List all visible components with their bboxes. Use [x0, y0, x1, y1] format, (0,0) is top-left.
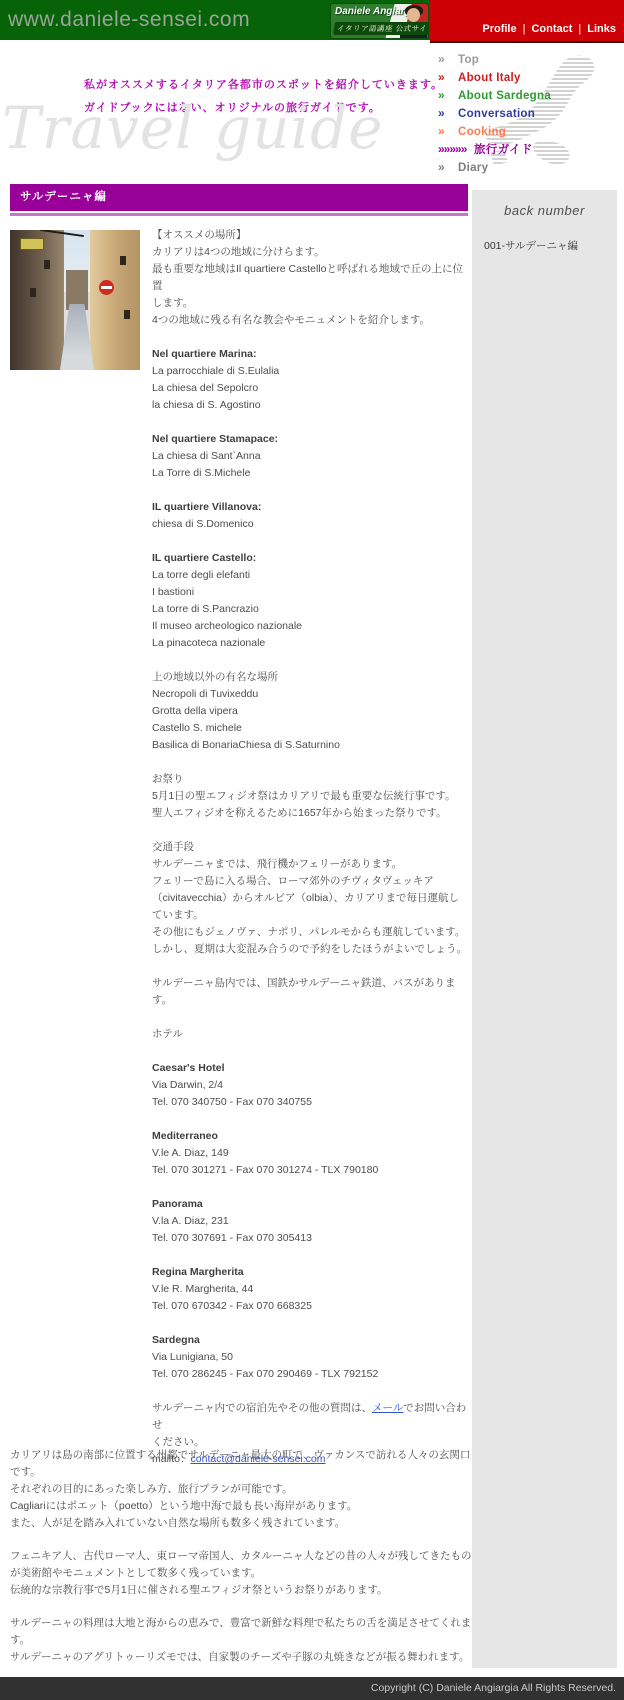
article-blocks: 【オススメの場所】 カリアリは4つの地域に分けらます。 最も重要な地域はIl q…	[152, 227, 472, 1383]
section-title-bar: サルデーニャ編	[10, 184, 468, 211]
link-separator: |	[523, 23, 526, 35]
block-text: chiesa di S.Domenico	[152, 516, 472, 533]
article-block: Nel quartiere Marina:La parrocchiale di …	[152, 346, 472, 414]
article-block: 交通手段 サルデーニャまでは、飛行機かフェリーがあります。 フェリーで島に入る場…	[152, 839, 472, 958]
back-number-item[interactable]: 001-サルデーニャ編	[484, 238, 617, 253]
article-block: サルデーニャ島内では、国鉄かサルデーニャ鉄道、バスがあります。	[152, 975, 472, 1009]
nav-label: 旅行ガイド	[474, 144, 533, 156]
nav-item-diary[interactable]: »Diary	[438, 158, 551, 176]
copyright-text: Copyright (C) Daniele Angiargia All Righ…	[371, 1682, 616, 1694]
nav-item-travel-guide[interactable]: »»»»»旅行ガイド	[438, 140, 551, 158]
block-heading: IL quartiere Castello:	[152, 550, 472, 567]
block-text: V.le A. Diaz, 149 Tel. 070 301271 - Fax …	[152, 1145, 472, 1179]
no-entry-sign-icon	[99, 280, 114, 295]
nav-label: About Sardegna	[458, 90, 551, 102]
block-text: La chiesa di Sant`Anna La Torre di S.Mic…	[152, 448, 472, 482]
block-text: La torre degli elefanti I bastioni La to…	[152, 567, 472, 652]
nav-item-about-sardegna[interactable]: »About Sardegna	[438, 86, 551, 104]
block-text: お祭り 5月1日の聖エフィジオ祭はカリアリで最も重要な伝統行事です。 聖人エフィ…	[152, 771, 472, 822]
contact-text-pre: サルデーニャ内での宿泊先やその他の質問は、	[152, 1402, 372, 1414]
link-separator: |	[578, 23, 581, 35]
nav-label: Cooking	[458, 126, 506, 138]
photo-window	[44, 260, 50, 269]
chevron-icon: »	[438, 104, 458, 122]
block-heading: Nel quartiere Stamapace:	[152, 431, 472, 448]
article-block: Regina MargheritaV.le R. Margherita, 44 …	[152, 1264, 472, 1315]
nav-item-about-italy[interactable]: »About Italy	[438, 68, 551, 86]
block-heading: Mediterraneo	[152, 1128, 472, 1145]
block-text: V.le R. Margherita, 44 Tel. 070 670342 -…	[152, 1281, 472, 1315]
block-text: V.la A. Diaz, 231 Tel. 070 307691 - Fax …	[152, 1213, 472, 1247]
photo-hanging-sign	[20, 238, 44, 250]
block-heading: Nel quartiere Marina:	[152, 346, 472, 363]
chevron-icon: »	[438, 122, 458, 140]
block-text: ホテル	[152, 1026, 472, 1043]
article-column: 【オススメの場所】 カリアリは4つの地域に分けらます。 最も重要な地域はIl q…	[152, 227, 472, 1485]
nav-label: About Italy	[458, 72, 521, 84]
header-links: Profile|Contact|Links	[482, 23, 616, 35]
nav-item-cooking[interactable]: »Cooking	[438, 122, 551, 140]
article-block: MediterraneoV.le A. Diaz, 149 Tel. 070 3…	[152, 1128, 472, 1179]
block-text: 上の地域以外の有名な場所 Necropoli di Tuvixeddu Grot…	[152, 669, 472, 754]
block-heading: Caesar's Hotel	[152, 1060, 472, 1077]
article-block: Nel quartiere Stamapace:La chiesa di San…	[152, 431, 472, 482]
banner-portrait-face	[407, 8, 420, 22]
chevron-icon: »	[438, 158, 458, 176]
block-text: 【オススメの場所】 カリアリは4つの地域に分けらます。 最も重要な地域はIl q…	[152, 227, 472, 329]
block-heading: Sardegna	[152, 1332, 472, 1349]
cagliari-street-photo	[10, 230, 140, 370]
article-block: IL quartiere Castello:La torre degli ele…	[152, 550, 472, 652]
block-text: サルデーニャ島内では、国鉄かサルデーニャ鉄道、バスがあります。	[152, 975, 472, 1009]
article-block: SardegnaVia Lunigiana, 50 Tel. 070 28624…	[152, 1332, 472, 1383]
mail-link[interactable]: メール	[372, 1402, 403, 1414]
article-block: 上の地域以外の有名な場所 Necropoli di Tuvixeddu Grot…	[152, 669, 472, 754]
contact-link[interactable]: Contact	[531, 23, 572, 35]
article-block: IL quartiere Villanova:chiesa di S.Domen…	[152, 499, 472, 533]
intro-line-1: 私がオススメするイタリア各都市のスポットを紹介していきます。	[84, 76, 443, 92]
nav-item-top[interactable]: »Top	[438, 50, 551, 68]
nav-item-conversation[interactable]: »Conversation	[438, 104, 551, 122]
official-site-banner[interactable]: Daniele Angiargia イタリア語講座 公式サイト	[330, 3, 429, 39]
article-block: お祭り 5月1日の聖エフィジオ祭はカリアリで最も重要な伝統行事です。 聖人エフィ…	[152, 771, 472, 822]
photo-left-building	[10, 230, 64, 370]
site-title: www.daniele-sensei.com	[8, 0, 250, 40]
block-text: 交通手段 サルデーニャまでは、飛行機かフェリーがあります。 フェリーで島に入る場…	[152, 839, 472, 958]
photo-window	[120, 256, 126, 265]
bottom-paragraph: カリアリは島の南部に位置する州都でサルデーニャ最大の町で、ヴァカンスで訪れる人々…	[10, 1447, 490, 1532]
photo-street	[60, 304, 94, 370]
photo-window	[124, 310, 130, 319]
banner-subtitle-text: イタリア語講座 公式サイト	[333, 22, 429, 35]
page: www.daniele-sensei.com Daniele Angiargia…	[0, 0, 624, 1700]
profile-link[interactable]: Profile	[482, 23, 516, 35]
bottom-paragraph: サルデーニャの料理は大地と海からの恵みで、豊富で新鮮な料理で私たちの舌を満足させ…	[10, 1615, 490, 1666]
block-text: Via Lunigiana, 50 Tel. 070 286245 - Fax …	[152, 1349, 472, 1383]
article-block: Caesar's HotelVia Darwin, 2/4 Tel. 070 3…	[152, 1060, 472, 1111]
nav-list: »Top»About Italy»About Sardegna»Conversa…	[438, 50, 551, 176]
article-block: PanoramaV.la A. Diaz, 231 Tel. 070 30769…	[152, 1196, 472, 1247]
chevron-icon: »	[438, 50, 458, 68]
back-number-sidebar: back number 001-サルデーニャ編	[472, 190, 617, 1668]
nav-label: Diary	[458, 162, 488, 174]
photo-right-building	[90, 230, 140, 370]
block-text: Via Darwin, 2/4 Tel. 070 340750 - Fax 07…	[152, 1077, 472, 1111]
block-text: La parrocchiale di S.Eulalia La chiesa d…	[152, 363, 472, 414]
block-heading: IL quartiere Villanova:	[152, 499, 472, 516]
travel-guide-watermark: Travel guide	[2, 94, 384, 162]
bottom-paragraph: フェニキア人、古代ローマ人、東ローマ帝国人、カタルーニャ人などの昔の人々が残して…	[10, 1548, 490, 1599]
article-block: 【オススメの場所】 カリアリは4つの地域に分けらます。 最も重要な地域はIl q…	[152, 227, 472, 329]
chevron-icon: »»»»»	[438, 140, 472, 158]
main-nav: »Top»About Italy»About Sardegna»Conversa…	[434, 46, 620, 178]
block-heading: Regina Margherita	[152, 1264, 472, 1281]
footer-bar: Copyright (C) Daniele Angiargia All Righ…	[0, 1677, 624, 1700]
header-red-block: Profile|Contact|Links	[430, 0, 624, 43]
back-number-title: back number	[472, 190, 617, 218]
nav-label: Top	[458, 54, 479, 66]
block-heading: Panorama	[152, 1196, 472, 1213]
photo-window	[30, 288, 36, 297]
links-link[interactable]: Links	[587, 23, 616, 35]
nav-label: Conversation	[458, 108, 535, 120]
bottom-paragraphs: カリアリは島の南部に位置する州都でサルデーニャ最大の町で、ヴァカンスで訪れる人々…	[10, 1447, 490, 1682]
article-block: ホテル	[152, 1026, 472, 1043]
section-title-underline	[10, 213, 468, 216]
